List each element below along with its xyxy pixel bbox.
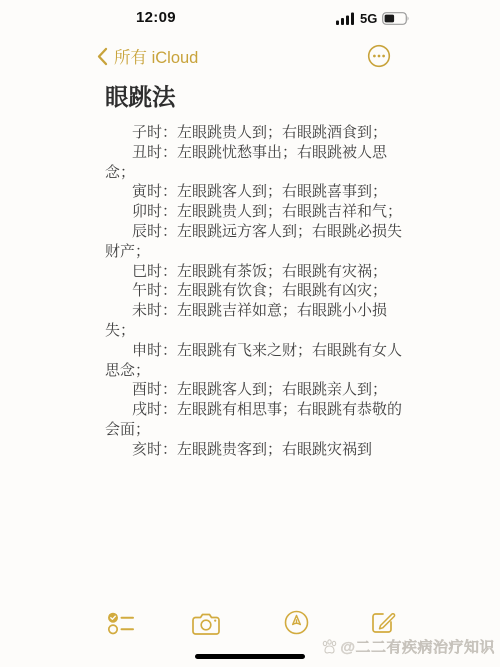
status-icons: 5G bbox=[336, 11, 410, 26]
checklist-button[interactable] bbox=[107, 612, 134, 635]
note-text-line: 巳时：左眼跳有茶饭；右眼跳有灾祸； bbox=[105, 262, 425, 282]
network-type-label: 5G bbox=[360, 11, 377, 26]
status-time: 12:09 bbox=[136, 9, 176, 26]
compose-button[interactable] bbox=[371, 610, 396, 635]
note-text-line: 思念； bbox=[105, 361, 425, 381]
note-text-line: 子时：左眼跳贵人到；右眼跳酒食到； bbox=[105, 123, 425, 143]
note-text-line: 未时：左眼跳吉祥如意；右眼跳小小损 bbox=[105, 301, 425, 321]
note-text-line: 失； bbox=[105, 321, 425, 341]
note-text-line: 午时：左眼跳有饮食；右眼跳有凶灾； bbox=[105, 281, 425, 301]
note-text-line: 念； bbox=[105, 163, 425, 183]
note-body[interactable]: 子时：左眼跳贵人到；右眼跳酒食到；丑时：左眼跳忧愁事出；右眼跳被人思念；寅时：左… bbox=[105, 123, 425, 460]
notes-app-screen: 12:09 5G 所有 iCloud bbox=[0, 0, 500, 667]
note-text-line: 丑时：左眼跳忧愁事出；右眼跳被人思 bbox=[105, 143, 425, 163]
watermark-text: @二二有疾病治疗知识 bbox=[340, 636, 495, 657]
markup-pen-icon bbox=[284, 610, 309, 635]
checklist-icon bbox=[107, 612, 134, 635]
note-text-line: 会面； bbox=[105, 420, 425, 440]
home-indicator[interactable] bbox=[195, 654, 305, 659]
cellular-signal-icon bbox=[336, 12, 355, 25]
note-text-line: 寅时：左眼跳客人到；右眼跳喜事到； bbox=[105, 182, 425, 202]
note-title: 眼跳法 bbox=[105, 78, 176, 112]
ellipsis-circle-icon bbox=[367, 44, 391, 68]
watermark: @二二有疾病治疗知识 bbox=[321, 636, 495, 657]
chevron-left-icon bbox=[97, 47, 108, 66]
compose-icon bbox=[371, 610, 396, 635]
battery-icon bbox=[382, 12, 410, 25]
paw-icon bbox=[321, 639, 338, 655]
camera-button[interactable] bbox=[192, 612, 220, 635]
camera-icon bbox=[192, 612, 220, 635]
markup-button[interactable] bbox=[284, 610, 309, 635]
note-text-line: 戌时：左眼跳有相思事；右眼跳有恭敬的 bbox=[105, 400, 425, 420]
note-text-line: 酉时：左眼跳客人到；右眼跳亲人到； bbox=[105, 380, 425, 400]
back-button-label: 所有 iCloud bbox=[114, 44, 198, 68]
note-text-line: 申时：左眼跳有飞来之财；右眼跳有女人 bbox=[105, 341, 425, 361]
note-text-line: 财产； bbox=[105, 242, 425, 262]
note-text-line: 辰时：左眼跳远方客人到；右眼跳必损失 bbox=[105, 222, 425, 242]
note-text-line: 卯时：左眼跳贵人到；右眼跳吉祥和气； bbox=[105, 202, 425, 222]
note-text-line: 亥时：左眼跳贵客到；右眼跳灾祸到 bbox=[105, 440, 425, 460]
back-button[interactable]: 所有 iCloud bbox=[97, 44, 198, 68]
more-options-button[interactable] bbox=[367, 44, 391, 68]
